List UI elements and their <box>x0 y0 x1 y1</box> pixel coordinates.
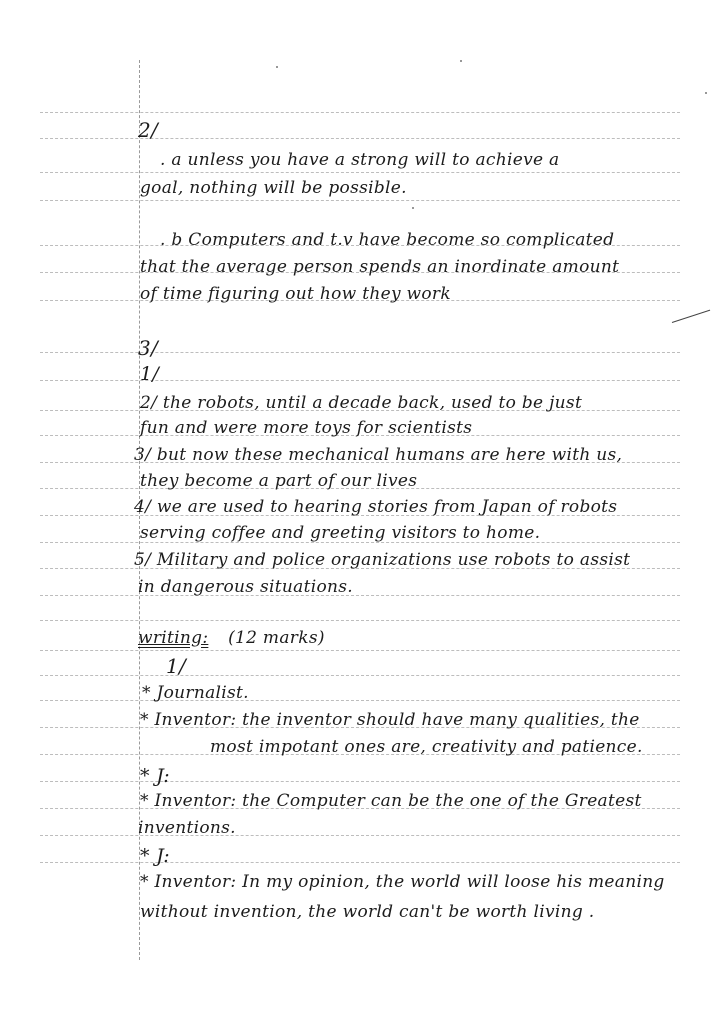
dialogue-inventor-2-line-1: * Inventor: the Computer can be the one … <box>140 791 642 811</box>
answer-3-item-2-line-1: 2/ the robots, until a decade back, used… <box>140 393 582 413</box>
answer-3-item-4-line-1: 4/ we are used to hearing stories from J… <box>134 497 617 517</box>
ruled-line <box>40 862 680 863</box>
handwritten-page: 2/ . a unless you have a strong will to … <box>0 0 720 1028</box>
answer-3-item-5-line-2: in dangerous situations. <box>138 577 353 597</box>
dialogue-journalist-2: * J: <box>140 766 170 786</box>
ruled-line <box>40 112 680 113</box>
scan-speck <box>276 66 278 68</box>
answer-2b-line-3: of time figuring out how they work <box>140 284 451 304</box>
ruled-line <box>40 781 680 782</box>
writing-heading-label: writing: <box>138 628 208 648</box>
answer-3-item-4-line-2: serving coffee and greeting visitors to … <box>140 523 540 543</box>
pen-stroke <box>672 310 710 323</box>
ruled-line <box>40 835 680 836</box>
answer-2a-line-1: . a unless you have a strong will to ach… <box>160 150 559 170</box>
dialogue-inventor-3-line-2: without invention, the world can't be wo… <box>140 902 594 922</box>
section-number-3: 3/ <box>138 338 158 358</box>
scan-speck <box>412 207 414 209</box>
answer-3-item-3-line-2: they become a part of our lives <box>140 471 417 491</box>
ruled-line <box>40 620 680 621</box>
scan-speck <box>705 92 707 94</box>
ruled-line <box>40 138 680 139</box>
answer-2b-line-2: that the average person spends an inordi… <box>140 257 619 277</box>
writing-heading: writing: (12 marks) <box>138 628 325 648</box>
dialogue-inventor-2-line-2: inventions. <box>138 818 236 838</box>
answer-3-item-2-line-2: fun and were more toys for scientists <box>140 418 472 438</box>
answer-2b-line-1: . b Computers and t.v have become so com… <box>160 230 614 250</box>
ruled-line <box>40 172 680 173</box>
ruled-line <box>40 700 680 701</box>
ruled-line <box>40 595 680 596</box>
dialogue-inventor-1-line-1: * Inventor: the inventor should have man… <box>140 710 640 730</box>
dialogue-journalist-1: * Journalist. <box>142 683 249 703</box>
ruled-line <box>40 380 680 381</box>
writing-marks: (12 marks) <box>228 628 325 648</box>
answer-2a-line-2: goal, nothing will be possible. <box>140 178 407 198</box>
ruled-line <box>40 650 680 651</box>
dialogue-journalist-3: * J: <box>140 846 170 866</box>
writing-number-1: 1/ <box>166 656 186 676</box>
ruled-line <box>40 352 680 353</box>
dialogue-inventor-1-line-2: most impotant ones are, creativity and p… <box>210 737 643 757</box>
section-number-2: 2/ <box>138 120 158 140</box>
answer-3-item-1: 1/ <box>140 364 159 384</box>
scan-speck <box>460 60 462 62</box>
answer-3-item-3-line-1: 3/ but now these mechanical humans are h… <box>134 445 622 465</box>
dialogue-inventor-3-line-1: * Inventor: In my opinion, the world wil… <box>140 872 665 892</box>
ruled-line <box>40 200 680 201</box>
answer-3-item-5-line-1: 5/ Military and police organizations use… <box>134 550 630 570</box>
ruled-line <box>40 675 680 676</box>
